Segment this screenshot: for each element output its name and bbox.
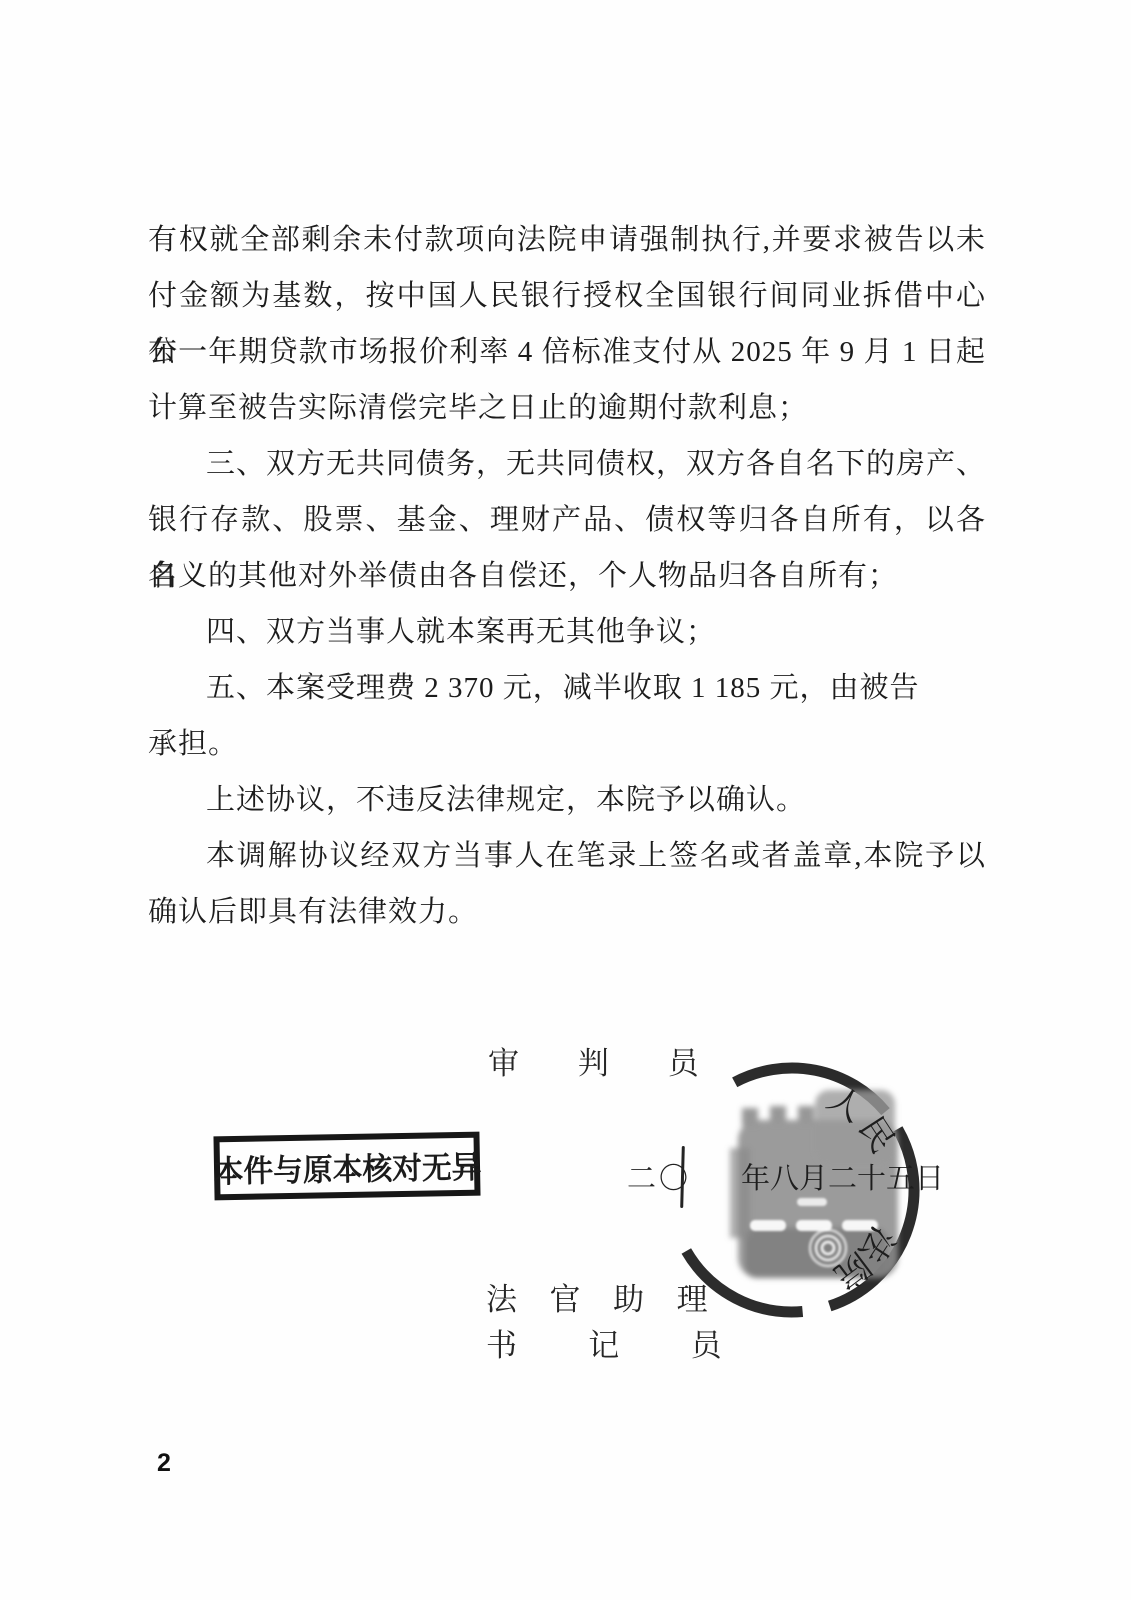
- date-suffix: 年八月二十五日: [741, 1156, 944, 1197]
- body-line: 确认后即具有法律效力。: [148, 884, 986, 940]
- body-line: 上述协议，不违反法律规定，本院予以确认。: [148, 772, 986, 828]
- body-line: 名义的其他对外举债由各自偿还，个人物品归各自所有；: [148, 548, 986, 604]
- body-line: 四、双方当事人就本案再无其他争议；: [148, 604, 986, 660]
- judge-label: 审判员: [488, 1038, 758, 1083]
- document-page: 有权就全部剩余未付款项向法院申请强制执行,并要求被告以未 付金额为基数，按中国人…: [0, 0, 1131, 1600]
- page-number: 2: [157, 1449, 171, 1478]
- body-line: 付金额为基数，按中国人民银行授权全国银行间同业拆借中心公: [148, 268, 986, 324]
- verification-stamp: 本件与原本核对无异: [213, 1132, 480, 1201]
- body-line: 银行存款、股票、基金、理财产品、债权等归各自所有，以各自: [148, 492, 986, 548]
- verification-stamp-text: 本件与原本核对无异: [213, 1141, 482, 1191]
- body-line: 三、双方无共同债务，无共同债权，双方各自名下的房产、: [148, 436, 986, 492]
- assistant-judge-label: 法官助理: [486, 1274, 740, 1319]
- body-line: 五、本案受理费 2 370 元，减半收取 1 185 元，由被告: [148, 660, 986, 716]
- body-line: 计算至被告实际清偿完毕之日止的逾期付款利息；: [148, 380, 986, 436]
- body-line: 本调解协议经双方当事人在笔录上签名或者盖章,本院予以: [148, 828, 986, 884]
- clerk-label: 书记员: [486, 1320, 793, 1365]
- body-line: 承担。: [148, 716, 986, 772]
- body-line: 有权就全部剩余未付款项向法院申请强制执行,并要求被告以未: [148, 212, 986, 268]
- document-body: 有权就全部剩余未付款项向法院申请强制执行,并要求被告以未 付金额为基数，按中国人…: [148, 212, 986, 940]
- body-line: 布一年期贷款市场报价利率 4 倍标准支付从 2025 年 9 月 1 日起: [148, 324, 986, 380]
